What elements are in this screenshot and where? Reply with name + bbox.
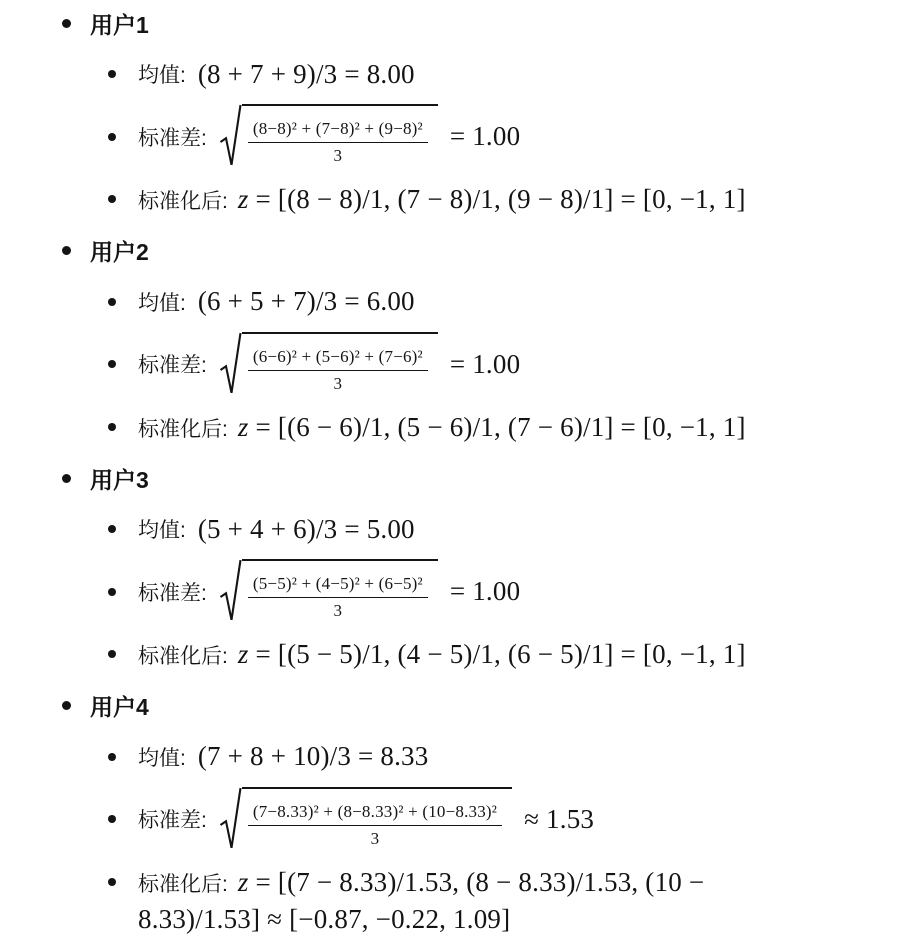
bullet-icon [108,815,116,823]
std-label: 标准差: [138,577,207,607]
fraction-denominator: 3 [371,826,380,850]
znorm-label: 标准化后: [138,645,228,668]
mean-row: 均值: (6 + 5 + 7)/3 = 6.00 [108,284,889,320]
fraction-numerator: (8−8)² + (7−8)² + (9−8)² [248,118,428,143]
bullet-icon [108,298,116,306]
std-result: ≈ 1.53 [524,804,594,835]
znorm-label: 标准化后: [138,190,228,213]
mean-formula: (6 + 5 + 7)/3 = 6.00 [198,286,415,317]
z-formula-line1: = [(6 − 6)/1, (5 − 6)/1, (7 − 6)/1] = [0… [256,412,746,442]
bullet-icon [108,878,116,886]
bullet-icon [108,525,116,533]
znorm-row: 标准化后:z = [(8 − 8)/1, (7 − 8)/1, (9 − 8)/… [108,181,889,217]
mean-formula: (8 + 7 + 9)/3 = 8.00 [198,59,415,90]
znorm-content: 标准化后:z = [(6 − 6)/1, (5 − 6)/1, (7 − 6)/… [138,409,746,445]
znorm-label: 标准化后: [138,873,228,896]
bullet-icon [62,19,71,28]
bullet-icon [108,588,116,596]
user-title: 用户1 [90,7,149,40]
bullet-icon [108,423,116,431]
std-row: 标准差: (6−6)² + (5−6)² + (7−6)² 3 [108,332,889,397]
user-section-2: 用户2 均值: (6 + 5 + 7)/3 = 6.00 标准差: [62,236,889,446]
user-details: 均值: (6 + 5 + 7)/3 = 6.00 标准差: (6−6)² + (… [108,284,889,446]
fraction-denominator: 3 [333,143,342,167]
fraction-numerator: (7−8.33)² + (8−8.33)² + (10−8.33)² [248,801,502,826]
z-formula-line1: = [(7 − 8.33)/1.53, (8 − 8.33)/1.53, (10… [256,867,705,897]
z-formula-line1: = [(8 − 8)/1, (7 − 8)/1, (9 − 8)/1] = [0… [256,184,746,214]
mean-label: 均值: [138,59,186,89]
mean-label: 均值: [138,287,186,317]
mean-formula: (5 + 4 + 6)/3 = 5.00 [198,514,415,545]
user-title: 用户4 [90,689,149,722]
fraction-denominator: 3 [333,598,342,622]
z-formula-line2: 8.33)/1.53] ≈ [−0.87, −0.22, 1.09] [138,901,704,937]
radicand: (7−8.33)² + (8−8.33)² + (10−8.33)² 3 [242,787,512,852]
znorm-label: 标准化后: [138,418,228,441]
bullet-icon [108,133,116,141]
bullet-icon [62,701,71,710]
bullet-icon [108,195,116,203]
mean-row: 均值: (7 + 8 + 10)/3 = 8.33 [108,739,889,775]
z-variable: z [238,412,249,442]
std-label: 标准差: [138,804,207,834]
fraction-numerator: (5−5)² + (4−5)² + (6−5)² [248,573,428,598]
mean-row: 均值: (8 + 7 + 9)/3 = 8.00 [108,56,889,92]
fraction: (5−5)² + (4−5)² + (6−5)² 3 [248,573,428,622]
radical-icon [219,332,242,397]
std-label: 标准差: [138,122,207,152]
user-title-row: 用户4 [62,691,889,721]
znorm-row: 标准化后:z = [(6 − 6)/1, (5 − 6)/1, (7 − 6)/… [108,409,889,445]
std-row: 标准差: (7−8.33)² + (8−8.33)² + (10−8.33)² … [108,787,889,852]
bullet-icon [108,360,116,368]
radical-icon [219,104,242,169]
bullet-icon [108,753,116,761]
znorm-row: 标准化后:z = [(7 − 8.33)/1.53, (8 − 8.33)/1.… [108,864,889,937]
std-label: 标准差: [138,349,207,379]
z-variable: z [238,184,249,214]
bullet-icon [62,474,71,483]
square-root: (5−5)² + (4−5)² + (6−5)² 3 [219,559,438,624]
z-formula-line1: = [(5 − 5)/1, (4 − 5)/1, (6 − 5)/1] = [0… [256,639,746,669]
mean-label: 均值: [138,742,186,772]
std-row: 标准差: (8−8)² + (7−8)² + (9−8)² 3 [108,104,889,169]
square-root: (6−6)² + (5−6)² + (7−6)² 3 [219,332,438,397]
bullet-icon [108,650,116,658]
std-result: = 1.00 [450,576,520,607]
z-variable: z [238,867,249,897]
std-result: = 1.00 [450,349,520,380]
radical-icon [219,787,242,852]
user-title: 用户3 [90,462,149,495]
fraction: (8−8)² + (7−8)² + (9−8)² 3 [248,118,428,167]
mean-row: 均值: (5 + 4 + 6)/3 = 5.00 [108,511,889,547]
radical-icon [219,559,242,624]
radicand: (6−6)² + (5−6)² + (7−6)² 3 [242,332,438,397]
fraction-denominator: 3 [333,371,342,395]
square-root: (8−8)² + (7−8)² + (9−8)² 3 [219,104,438,169]
user-section-1: 用户1 均值: (8 + 7 + 9)/3 = 8.00 标准差: [62,8,889,218]
radicand: (5−5)² + (4−5)² + (6−5)² 3 [242,559,438,624]
std-formula: (7−8.33)² + (8−8.33)² + (10−8.33)² 3 ≈ 1… [219,787,594,852]
user-title-row: 用户1 [62,8,889,38]
znorm-content: 标准化后:z = [(8 − 8)/1, (7 − 8)/1, (9 − 8)/… [138,181,746,217]
user-section-4: 用户4 均值: (7 + 8 + 10)/3 = 8.33 标准差: [62,691,889,937]
user-title: 用户2 [90,234,149,267]
bullet-icon [108,70,116,78]
document-page: 用户1 均值: (8 + 7 + 9)/3 = 8.00 标准差: [0,0,899,937]
znorm-content: 标准化后:z = [(7 − 8.33)/1.53, (8 − 8.33)/1.… [138,864,704,937]
user-title-row: 用户2 [62,236,889,266]
user-details: 均值: (7 + 8 + 10)/3 = 8.33 标准差: (7−8.33)²… [108,739,889,937]
mean-formula: (7 + 8 + 10)/3 = 8.33 [198,741,429,772]
user-details: 均值: (8 + 7 + 9)/3 = 8.00 标准差: (8−8)² + (… [108,56,889,218]
fraction: (7−8.33)² + (8−8.33)² + (10−8.33)² 3 [248,801,502,850]
std-formula: (8−8)² + (7−8)² + (9−8)² 3 = 1.00 [219,104,520,169]
z-variable: z [238,639,249,669]
radicand: (8−8)² + (7−8)² + (9−8)² 3 [242,104,438,169]
fraction: (6−6)² + (5−6)² + (7−6)² 3 [248,346,428,395]
bullet-icon [62,246,71,255]
square-root: (7−8.33)² + (8−8.33)² + (10−8.33)² 3 [219,787,512,852]
znorm-content: 标准化后:z = [(5 − 5)/1, (4 − 5)/1, (6 − 5)/… [138,636,746,672]
mean-label: 均值: [138,514,186,544]
znorm-row: 标准化后:z = [(5 − 5)/1, (4 − 5)/1, (6 − 5)/… [108,636,889,672]
std-formula: (6−6)² + (5−6)² + (7−6)² 3 = 1.00 [219,332,520,397]
std-row: 标准差: (5−5)² + (4−5)² + (6−5)² 3 [108,559,889,624]
std-result: = 1.00 [450,121,520,152]
fraction-numerator: (6−6)² + (5−6)² + (7−6)² [248,346,428,371]
std-formula: (5−5)² + (4−5)² + (6−5)² 3 = 1.00 [219,559,520,624]
user-details: 均值: (5 + 4 + 6)/3 = 5.00 标准差: (5−5)² + (… [108,511,889,673]
user-title-row: 用户3 [62,463,889,493]
user-section-3: 用户3 均值: (5 + 4 + 6)/3 = 5.00 标准差: [62,463,889,673]
